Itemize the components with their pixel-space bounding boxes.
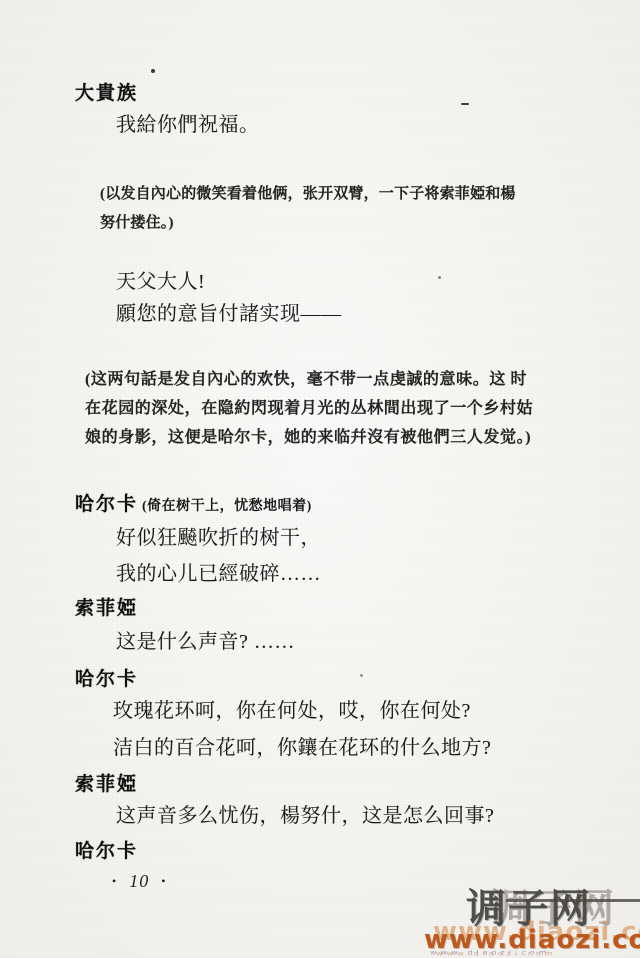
scan-speck <box>461 103 469 105</box>
dialogue-zofia-line: 这是什么声音? …… <box>116 625 295 654</box>
speaker-stage-note: (倚在树干上，忧愁地唱着) <box>142 495 312 515</box>
dialogue-zofia-line: 这声音多么忧伤，楊努什，这是怎么回事? <box>116 799 494 828</box>
stage-direction-line: (这两句話是发自內心的欢快，毫不带一点虔誠的意味。这 时 <box>85 366 527 389</box>
watermark-strike-line <box>506 899 640 902</box>
speaker-halka: 哈尔卡 <box>75 489 138 516</box>
verse-line: 我的心儿已經破碎…… <box>116 557 321 586</box>
verse-line: 好似狂飇吹折的树干， <box>116 521 321 550</box>
dialogue-noble-blessing: 我給你們祝福。 <box>116 108 260 137</box>
dialogue-prayer-line: 天父大人! <box>116 265 205 294</box>
dialogue-halka-line: 玫瑰花环呵，你在何处，哎，你在何处? <box>113 694 471 723</box>
scan-speck <box>438 276 441 279</box>
stage-direction-line: (以发自內心的微笑看着他俩，张开双臂，一下子将索菲婭和楊 <box>100 182 516 203</box>
stage-direction-line: 在花园的深处，在隐約閃现着月光的丛林間出现了一个乡村姑 <box>85 395 533 418</box>
dialogue-halka-line: 洁白的百合花呵，你鑲在花环的什么地方? <box>113 731 491 760</box>
stage-direction-line: 娘的身影，这便是哈尔卡，她的来临幷沒有被他們三人发觉。) <box>85 424 531 447</box>
speaker-halka: 哈尔卡 <box>75 836 138 863</box>
stage-direction-line: 努什搂住。) <box>100 211 174 232</box>
dialogue-prayer-line: 願您的意旨付諸实现—— <box>116 297 342 326</box>
page-number: •10• <box>100 871 178 892</box>
speaker-grand-noble: 大貴族 <box>75 78 138 105</box>
page-number-dot: • <box>112 874 117 888</box>
page-number-value: 10 <box>129 871 149 891</box>
speaker-row: 哈尔卡 (倚在树干上，忧愁地唱着) <box>75 489 312 516</box>
book-page: 大貴族 我給你們祝福。 (以发自內心的微笑看着他俩，张开双臂，一下子将索菲婭和楊… <box>0 0 640 958</box>
speaker-halka: 哈尔卡 <box>75 664 138 691</box>
speaker-zofia: 索菲婭 <box>75 769 138 796</box>
scan-speck <box>360 674 363 677</box>
watermark-tiny-text: www.diaozi.com <box>430 949 551 956</box>
scan-speck <box>151 69 155 73</box>
page-number-dot: • <box>161 874 166 888</box>
speaker-zofia: 索菲婭 <box>75 593 138 620</box>
